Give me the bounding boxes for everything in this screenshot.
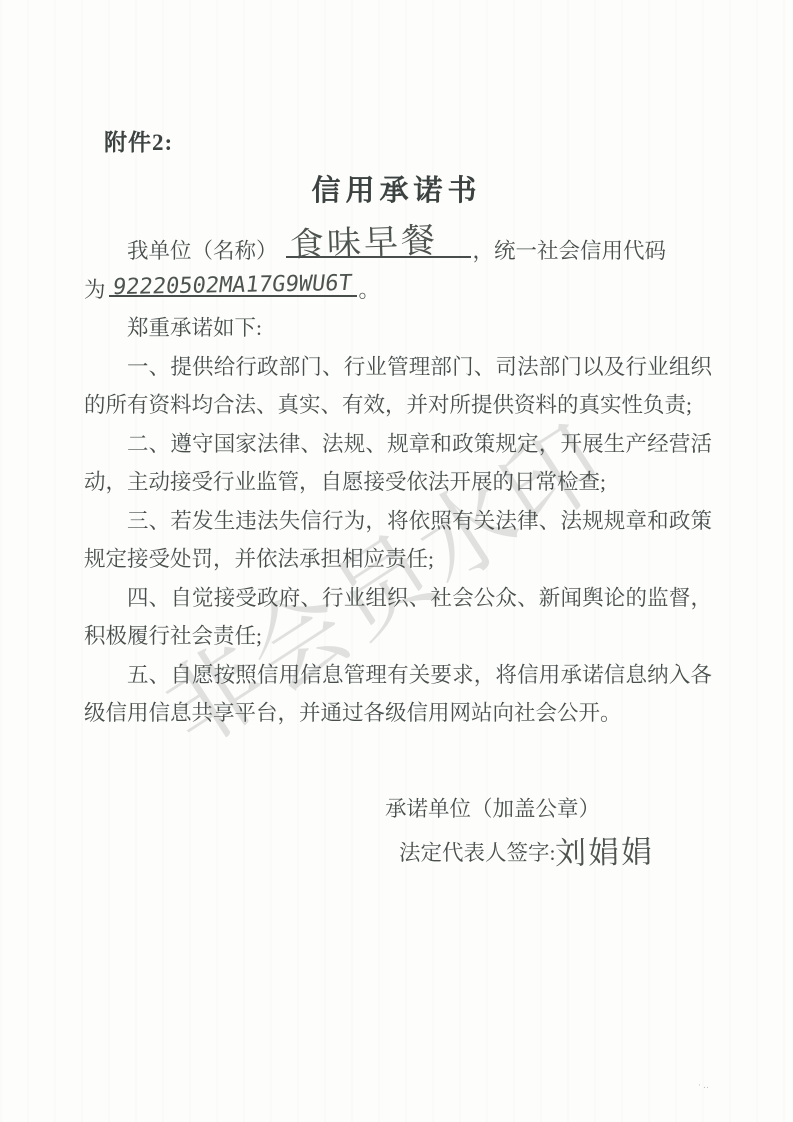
intro-after-blank-text: ，统一社会信用代码 bbox=[473, 239, 667, 263]
handwritten-credit-code: 92220502MA17G9WU6T bbox=[111, 272, 353, 298]
handwritten-signature: 刘娟娟 bbox=[555, 836, 655, 869]
promise-unit-line: 承诺单位（加盖公章） bbox=[385, 792, 600, 823]
attachment-label: 附件2: bbox=[104, 124, 173, 157]
scan-artifact: ·‥ bbox=[698, 1082, 712, 1088]
handwritten-company-name: 食味早餐 bbox=[289, 224, 438, 263]
pledge-lead-text: 郑重承诺如下: bbox=[84, 309, 712, 348]
intro-line2-prefix-text: 为 bbox=[84, 278, 106, 302]
company-name-blank-underline: 食味早餐 bbox=[286, 235, 471, 258]
document-title: 信用承诺书 bbox=[0, 168, 793, 209]
intro-line2-suffix-text: 。 bbox=[359, 278, 381, 302]
intro-line-1: 我单位（名称）食味早餐，统一社会信用代码 bbox=[84, 232, 712, 271]
intro-line-2: 为92220502MA17G9WU6T。 bbox=[84, 271, 712, 310]
scanned-document-page: 非会员水印 附件2: 信用承诺书 我单位（名称）食味早餐，统一社会信用代码 为9… bbox=[0, 0, 793, 1122]
clause-5: 五、自愿按照信用信息管理有关要求，将信用承诺信息纳入各级信用信息共享平台，并通过… bbox=[84, 656, 712, 733]
intro-prefix-text: 我单位（名称） bbox=[127, 239, 278, 263]
clause-4: 四、自觉接受政府、行业组织、社会公众、新闻舆论的监督，积极履行社会责任; bbox=[84, 579, 712, 656]
credit-code-blank-underline: 92220502MA17G9WU6T bbox=[109, 274, 357, 297]
clause-1: 一、提供给行政部门、行业管理部门、司法部门以及行业组织的所有资料均合法、真实、有… bbox=[84, 348, 712, 425]
clause-3: 三、若发生违法失信行为，将依照有关法律、法规规章和政策规定接受处罚，并依法承担相… bbox=[84, 502, 712, 579]
clause-2: 二、遵守国家法律、法规、规章和政策规定，开展生产经营活动，主动接受行业监管，自愿… bbox=[84, 425, 712, 502]
legal-representative-line: 法定代表人签字:刘娟娟 bbox=[399, 834, 654, 867]
document-body: 我单位（名称）食味早餐，统一社会信用代码 为92220502MA17G9WU6T… bbox=[84, 232, 712, 733]
signer-label-text: 法定代表人签字: bbox=[399, 841, 555, 865]
